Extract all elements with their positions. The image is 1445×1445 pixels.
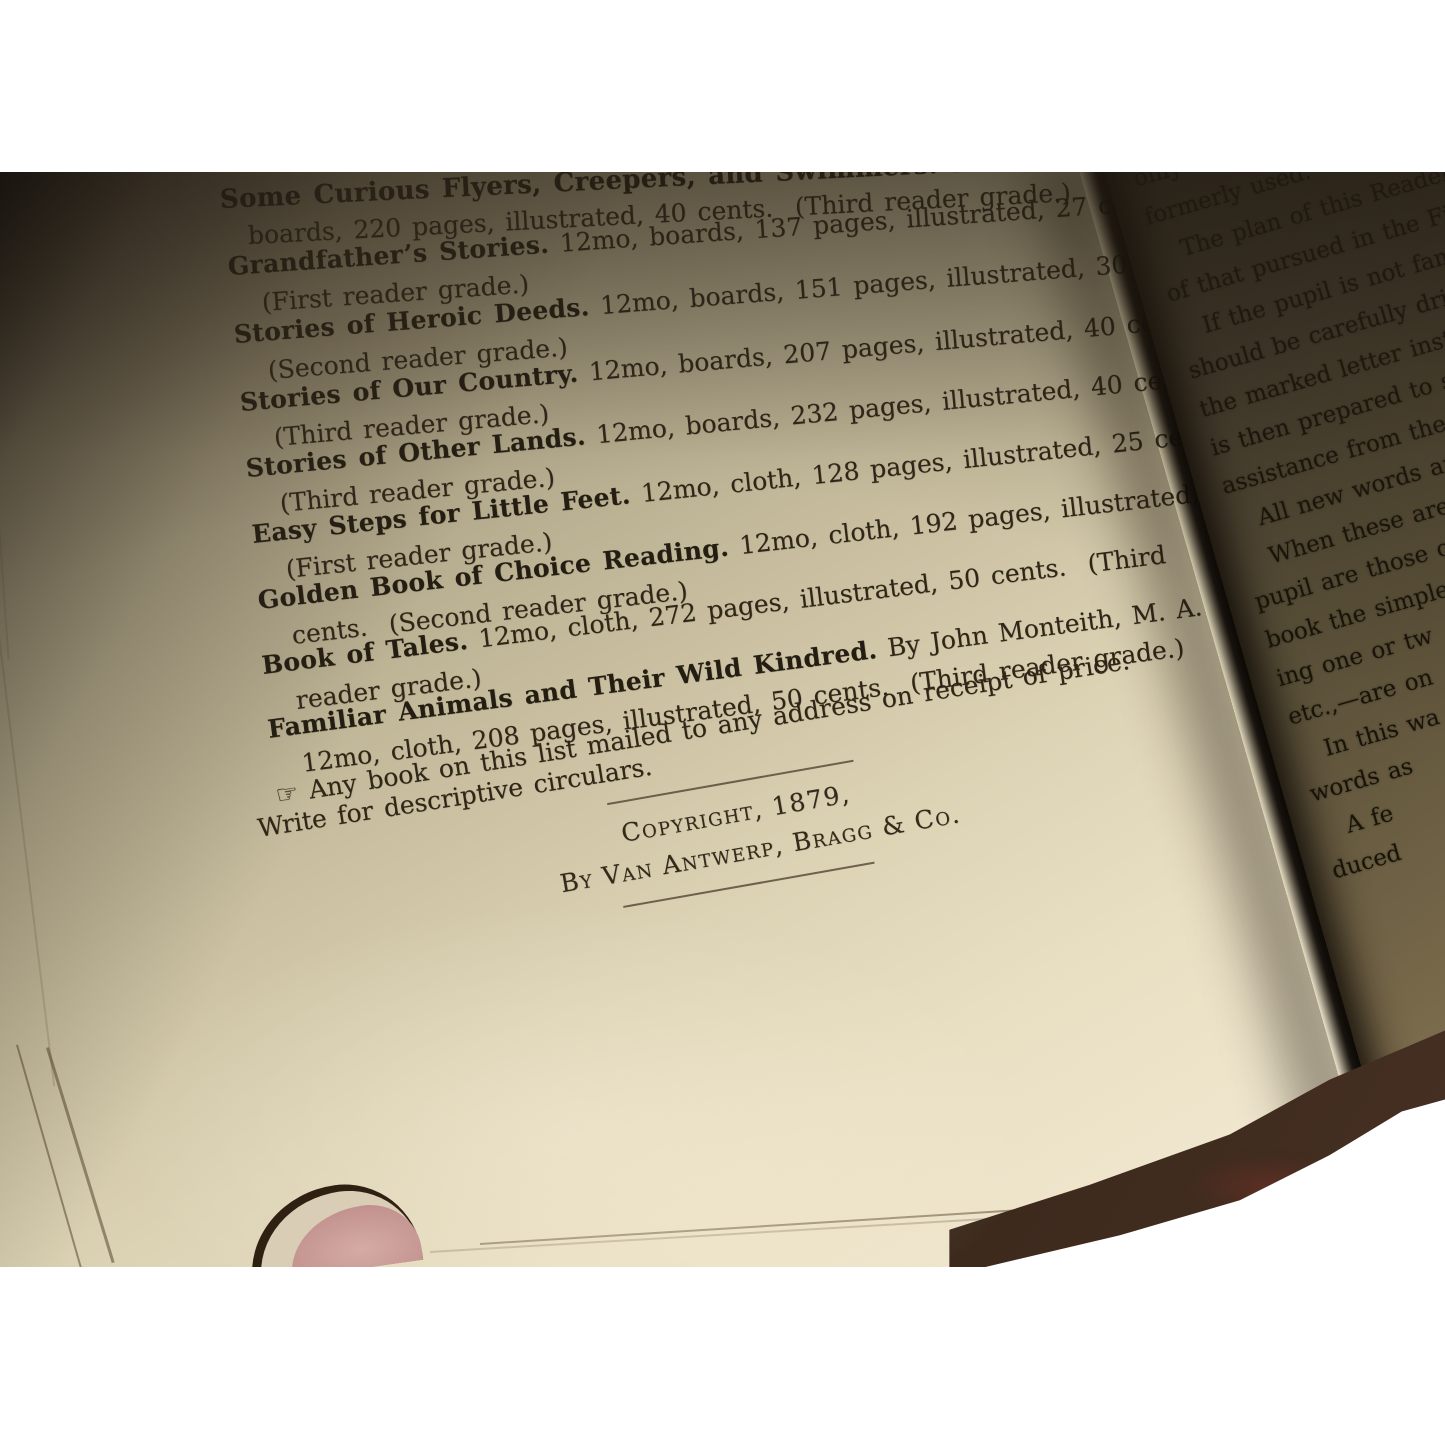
page-edge-line — [0, 620, 55, 1087]
page-edge-line — [0, 380, 10, 659]
book-details: 12mo, — [948, 172, 1031, 179]
page-edge-line — [16, 1044, 83, 1267]
book-photo: Some Curious Flyers, Creepers, and Swimm… — [0, 172, 1445, 1267]
page-edge-line — [46, 1047, 115, 1263]
fingertip — [241, 1174, 423, 1267]
